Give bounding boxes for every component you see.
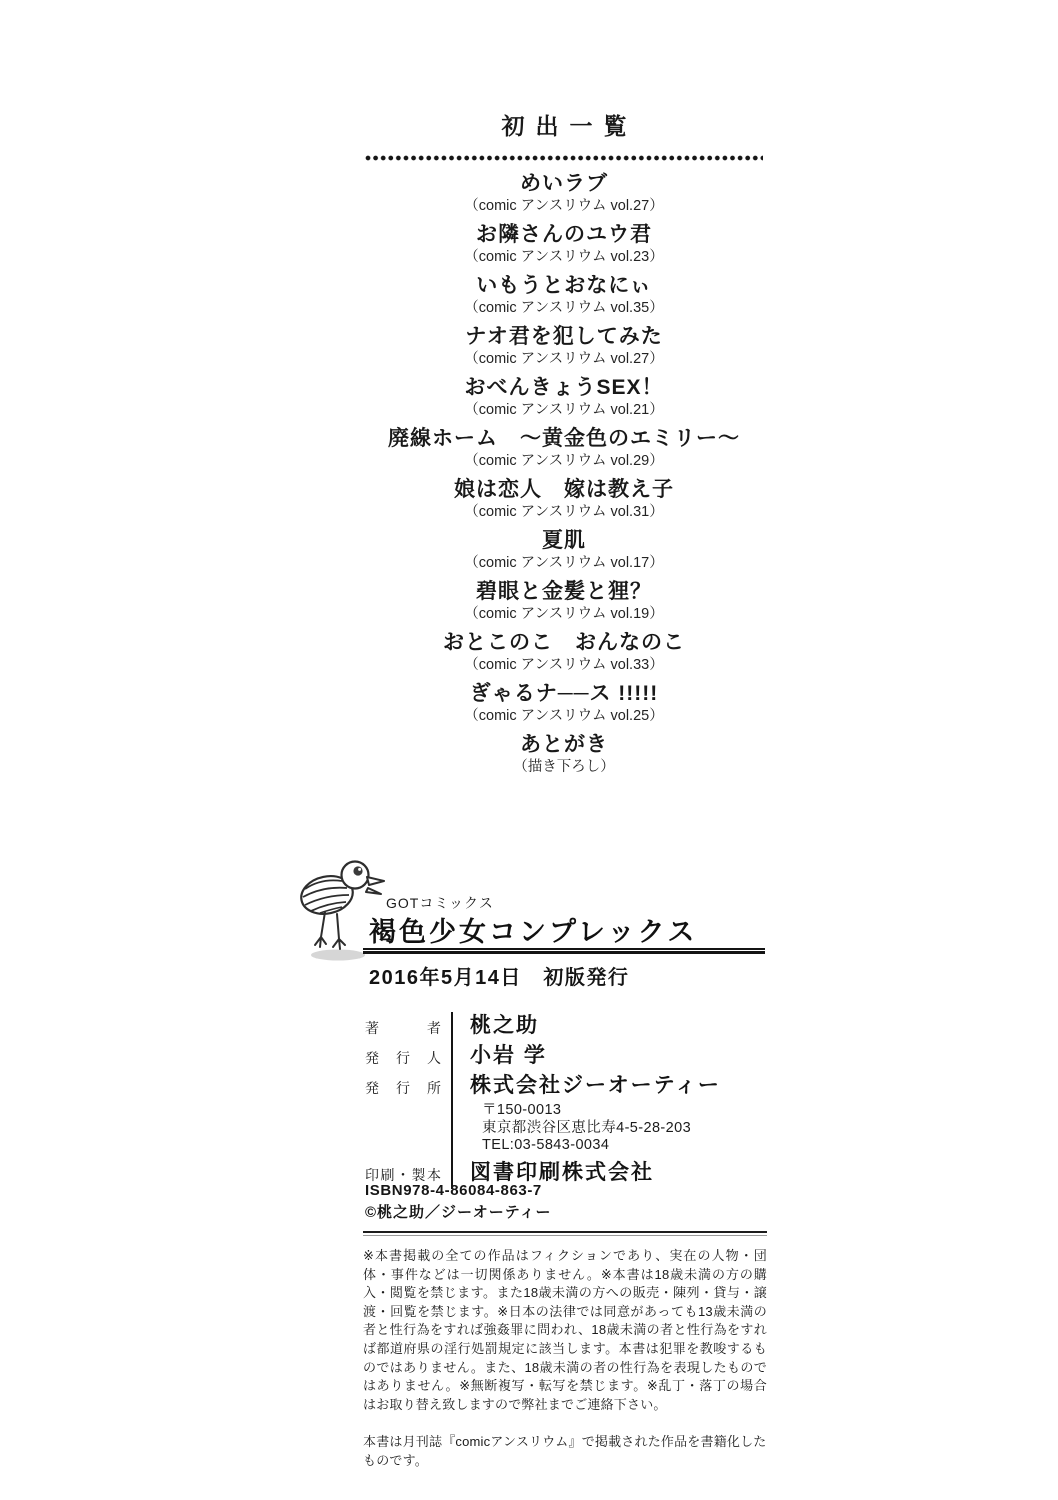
work-source: （comic アンスリウム vol.33） — [363, 656, 765, 674]
work-source: （comic アンスリウム vol.23） — [363, 248, 765, 266]
colophon-row-publisher-person: 発行人 小岩 学 — [365, 1042, 765, 1072]
work-entry: いもうとおなにぃ （comic アンスリウム vol.35） — [363, 273, 765, 317]
colophon-page: 初出一覧 めいラブ （comic アンスリウム vol.27） お隣さんのユウ君… — [0, 0, 1058, 1500]
work-title: 娘は恋人 嫁は教え子 — [363, 477, 765, 503]
work-source: （comic アンスリウム vol.31） — [363, 503, 765, 521]
work-title: 碧眼と金髪と狸？ — [363, 579, 765, 605]
legal-notice-box: ※本書掲載の全ての作品はフィクションであり、実在の人物・団体・事件などは一切関係… — [363, 1231, 767, 1471]
work-entry: あとがき （描き下ろし） — [363, 732, 765, 776]
work-source: （comic アンスリウム vol.27） — [363, 350, 765, 368]
publisher-address: 〒150-0013 東京都渋谷区恵比寿4-5-28-203 TEL:03-584… — [470, 1102, 765, 1155]
work-entry: お隣さんのユウ君 （comic アンスリウム vol.23） — [363, 222, 765, 266]
author-name: 桃之助 — [470, 1014, 765, 1038]
work-entry: ナオ君を犯してみた （comic アンスリウム vol.27） — [363, 324, 765, 368]
work-source: （描き下ろし） — [363, 758, 765, 776]
colophon-label: 印刷・製本 — [365, 1159, 441, 1185]
work-title: おとこのこ おんなのこ — [363, 630, 765, 656]
work-title: 夏肌 — [363, 528, 765, 554]
work-source: （comic アンスリウム vol.29） — [363, 452, 765, 470]
work-title: おべんきょうSEX！ — [363, 375, 765, 401]
work-entry: 廃線ホーム ～黄金色のエミリー～ （comic アンスリウム vol.29） — [363, 426, 765, 470]
work-entry: 娘は恋人 嫁は教え子 （comic アンスリウム vol.31） — [363, 477, 765, 521]
first-publication-list-title: 初出一覧 — [363, 108, 765, 141]
work-entry: おとこのこ おんなのこ （comic アンスリウム vol.33） — [363, 630, 765, 674]
work-title: めいラブ — [363, 171, 765, 197]
address-line: 東京都渋谷区恵比寿4-5-28-203 — [482, 1120, 765, 1138]
colophon-label: 著者 — [365, 1012, 441, 1038]
phone-line: TEL:03-5843-0034 — [482, 1137, 765, 1155]
work-source: （comic アンスリウム vol.27） — [363, 197, 765, 215]
work-source: （comic アンスリウム vol.21） — [363, 401, 765, 419]
publication-note: 本書は月刊誌『comicアンスリウム』で掲載された作品を書籍化したものです。 — [363, 1433, 767, 1470]
work-title: ぎゃるナ──ス !!!!! — [363, 681, 765, 707]
publisher-person-name: 小岩 学 — [470, 1044, 765, 1068]
dotted-divider — [365, 155, 763, 161]
work-title: いもうとおなにぃ — [363, 273, 765, 299]
colophon-table: 著者 桃之助 発行人 小岩 学 発行所 株式会社ジーオーティー 〒150-001… — [365, 1012, 765, 1189]
work-source: （comic アンスリウム vol.25） — [363, 707, 765, 725]
work-source: （comic アンスリウム vol.17） — [363, 554, 765, 572]
copyright: ©桃之助／ジーオーティー — [365, 1201, 552, 1222]
colophon-label: 発行人 — [365, 1042, 441, 1068]
work-entry: 碧眼と金髪と狸？ （comic アンスリウム vol.19） — [363, 579, 765, 623]
edition-date: 2016年5月14日 初版発行 — [369, 961, 629, 990]
work-title: ナオ君を犯してみた — [363, 324, 765, 350]
publisher-name: 株式会社ジーオーティー — [470, 1074, 765, 1098]
work-title: お隣さんのユウ君 — [363, 222, 765, 248]
colophon-label: 発行所 — [365, 1072, 441, 1098]
work-entry: 夏肌 （comic アンスリウム vol.17） — [363, 528, 765, 572]
work-entry: めいラブ （comic アンスリウム vol.27） — [363, 171, 765, 215]
work-title: 廃線ホーム ～黄金色のエミリー～ — [363, 426, 765, 452]
work-source: （comic アンスリウム vol.19） — [363, 605, 765, 623]
first-publication-list: 初出一覧 めいラブ （comic アンスリウム vol.27） お隣さんのユウ君… — [363, 108, 765, 783]
book-title: 褐色少女コンプレックス — [369, 910, 765, 949]
work-source: （comic アンスリウム vol.35） — [363, 299, 765, 317]
work-title: あとがき — [363, 732, 765, 758]
printer-name: 図書印刷株式会社 — [470, 1161, 765, 1185]
separator-rule — [363, 1231, 767, 1236]
isbn: ISBN978-4-86084-863-7 — [365, 1182, 542, 1199]
work-entry: ぎゃるナ──ス !!!!! （comic アンスリウム vol.25） — [363, 681, 765, 725]
colophon-row-publisher: 発行所 株式会社ジーオーティー 〒150-0013 東京都渋谷区恵比寿4-5-2… — [365, 1072, 765, 1159]
postal-code: 〒150-0013 — [482, 1102, 765, 1120]
legal-disclaimer: ※本書掲載の全ての作品はフィクションであり、実在の人物・団体・事件などは一切関係… — [363, 1247, 767, 1414]
colophon-row-author: 著者 桃之助 — [365, 1012, 765, 1042]
title-underline — [363, 948, 765, 954]
work-entry: おべんきょうSEX！ （comic アンスリウム vol.21） — [363, 375, 765, 419]
